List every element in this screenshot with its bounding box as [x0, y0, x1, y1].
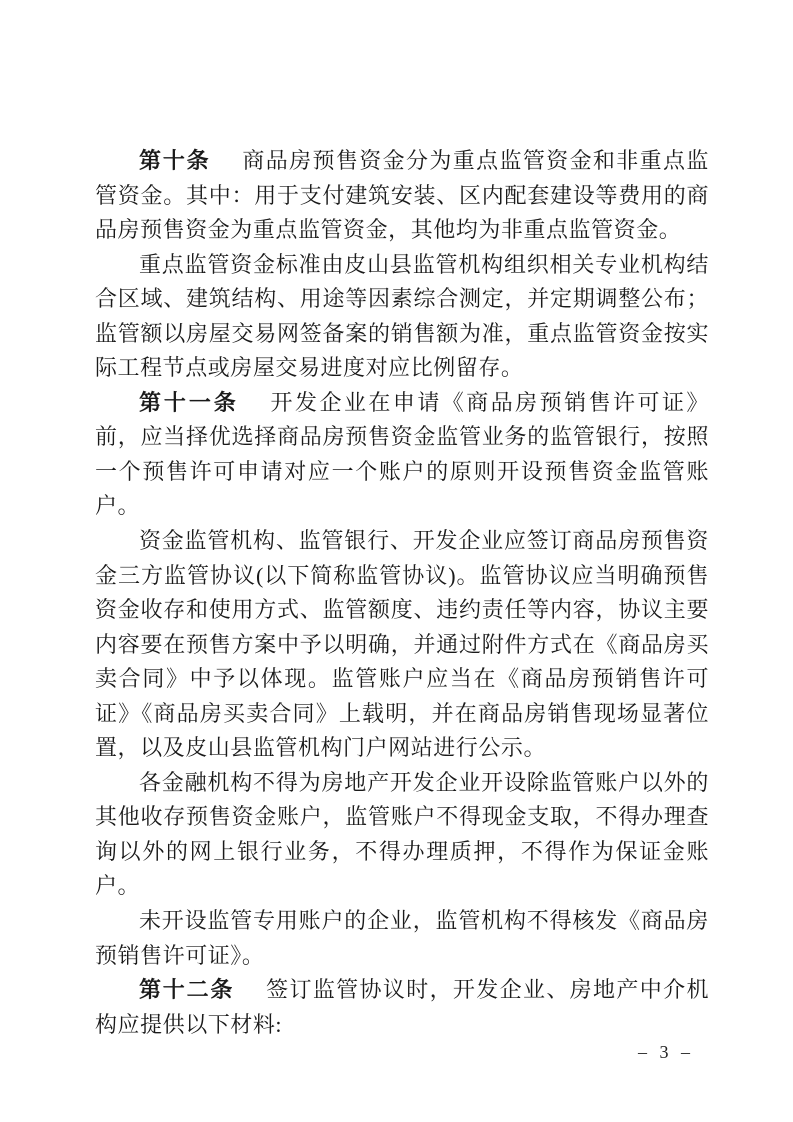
document-page: 第十条商品房预售资金分为重点监管资金和非重点监管资金。其中：用于支付建筑安装、区… — [0, 0, 793, 1122]
body-paragraph: 资金监管机构、监管银行、开发企业应签订商品房预售资金三方监管协议(以下简称监管协… — [95, 524, 709, 766]
body-paragraph: 未开设监管专用账户的企业，监管机构不得核发《商品房预销售许可证》。 — [95, 904, 709, 973]
article-number: 第十条 — [139, 148, 210, 173]
page-number: – 3 – — [638, 1041, 694, 1063]
paragraph-text: 资金监管机构、监管银行、开发企业应签订商品房预售资金三方监管协议(以下简称监管协… — [95, 528, 709, 760]
paragraph-text: 重点监管资金标准由皮山县监管机构组织相关专业机构结合区域、建筑结构、用途等因素综… — [95, 252, 709, 381]
article-number: 第十二条 — [139, 977, 234, 1002]
body-paragraph: 重点监管资金标准由皮山县监管机构组织相关专业机构结合区域、建筑结构、用途等因素综… — [95, 248, 709, 386]
document-body: 第十条商品房预售资金分为重点监管资金和非重点监管资金。其中：用于支付建筑安装、区… — [95, 144, 709, 1042]
article-paragraph: 第十一条开发企业在申请《商品房预销售许可证》前，应当择优选择商品房预售资金监管业… — [95, 386, 709, 524]
paragraph-text: 未开设监管专用账户的企业，监管机构不得核发《商品房预销售许可证》。 — [95, 908, 709, 968]
article-paragraph: 第十条商品房预售资金分为重点监管资金和非重点监管资金。其中：用于支付建筑安装、区… — [95, 144, 709, 248]
paragraph-text: 各金融机构不得为房地产开发企业开设除监管账户以外的其他收存预售资金账户，监管账户… — [95, 770, 709, 899]
article-number: 第十一条 — [139, 390, 239, 415]
article-paragraph: 第十二条签订监管协议时，开发企业、房地产中介机构应提供以下材料: — [95, 973, 709, 1042]
body-paragraph: 各金融机构不得为房地产开发企业开设除监管账户以外的其他收存预售资金账户，监管账户… — [95, 766, 709, 904]
